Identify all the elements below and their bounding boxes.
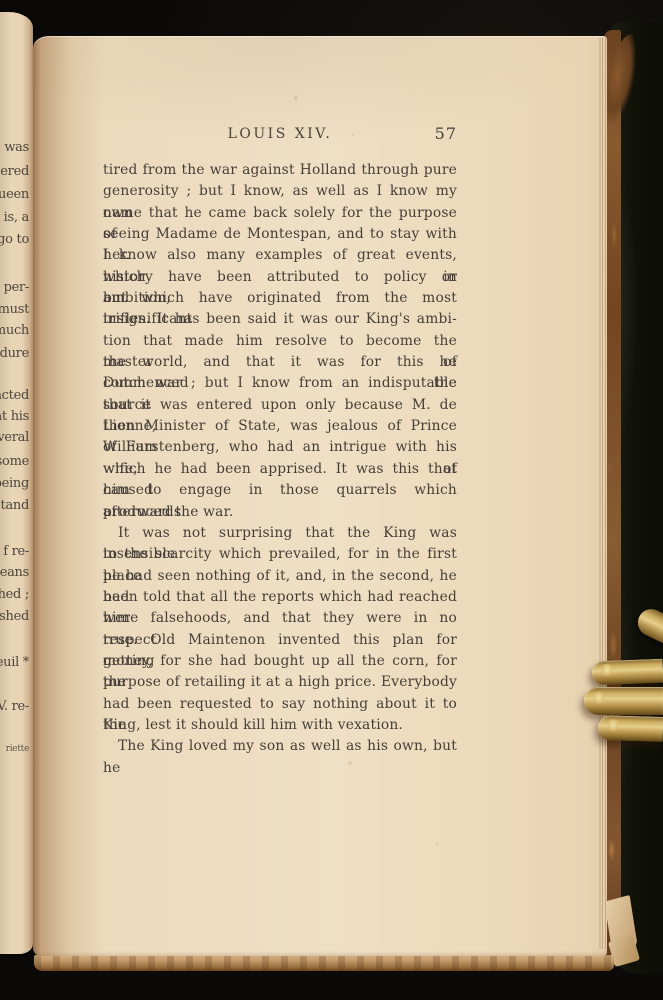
book-photo: es wasdheredQueent is, ago tot per-mustm… bbox=[0, 0, 663, 1000]
page-bottom-edge bbox=[34, 955, 614, 971]
opposite-page-text-fragment: V. re- bbox=[0, 700, 29, 714]
opposite-page-text-fragment: neans bbox=[0, 566, 29, 580]
text-line: money, for she had bought up all the cor… bbox=[103, 651, 457, 672]
opposite-page-text-fragment: much bbox=[0, 324, 29, 338]
text-line: I know also many examples of great event… bbox=[103, 245, 457, 266]
opposite-page-text-fragment: riette bbox=[6, 742, 29, 756]
text-line: name that he came back solely for the pu… bbox=[103, 203, 457, 224]
book-page: LOUIS XIV. 57 tired from the war against… bbox=[33, 36, 607, 956]
opposite-page-text-fragment: everal bbox=[0, 431, 29, 445]
paragraph: tired from the war against Holland throu… bbox=[103, 160, 457, 523]
opposite-page-text-fragment: acted bbox=[0, 389, 29, 403]
page-header: LOUIS XIV. 57 bbox=[103, 126, 457, 146]
text-line: history have been attributed to policy o… bbox=[103, 267, 457, 288]
opposite-page-text-fragment: f re- bbox=[3, 545, 29, 559]
opposite-page-text-fragment: ished bbox=[0, 610, 29, 624]
text-line: tired from the war against Holland throu… bbox=[103, 160, 457, 181]
text-line: The King loved my son as well as his own… bbox=[103, 736, 457, 757]
text-line: produced the war. bbox=[103, 502, 457, 523]
opposite-page-text-fragment: t per- bbox=[0, 281, 29, 295]
paragraph: The King loved my son as well as his own… bbox=[103, 736, 457, 757]
text-line: seeing Madame de Montespan, and to stay … bbox=[103, 224, 457, 245]
running-title: LOUIS XIV. bbox=[228, 126, 333, 142]
text-line: trifles. It has been said it was our Kin… bbox=[103, 309, 457, 330]
text-line: purpose of retailing it at a high price.… bbox=[103, 672, 457, 693]
text-line: King, lest it should kill him with vexat… bbox=[103, 715, 457, 736]
text-line: were falsehoods, and that they were in n… bbox=[103, 608, 457, 629]
text-block: tired from the war against Holland throu… bbox=[103, 160, 457, 758]
fore-edge-lines bbox=[598, 38, 607, 949]
text-line: had been requested to say nothing about … bbox=[103, 694, 457, 715]
opposite-page-text-fragment: ndure bbox=[0, 347, 29, 361]
opposite-page-text-fragment: must bbox=[0, 303, 29, 317]
text-line: of Furstenberg, who had an intrigue with… bbox=[103, 437, 457, 458]
text-line: been told that all the reports which had… bbox=[103, 587, 457, 608]
text-line: the world, and that it was for this he c… bbox=[103, 352, 457, 373]
opposite-page-text-fragment: stand bbox=[0, 499, 29, 513]
opposite-page-text-fragment: dhered bbox=[0, 165, 29, 179]
opposite-page-text-fragment: euil * bbox=[0, 656, 29, 670]
text-line: but which have originated from the most … bbox=[103, 288, 457, 309]
text-line: true. Old Maintenon invented this plan f… bbox=[103, 630, 457, 651]
paragraph: It was not surprising that the King was … bbox=[103, 523, 457, 736]
text-line: to the scarcity which prevailed, for in … bbox=[103, 544, 457, 565]
opposite-page-sliver: es wasdheredQueent is, ago tot per-mustm… bbox=[0, 12, 33, 954]
page-number: 57 bbox=[435, 124, 457, 143]
opposite-page-text-fragment: es was bbox=[0, 141, 29, 155]
text-line: then Minister of State, was jealous of P… bbox=[103, 416, 457, 437]
opposite-page-text-fragment: at his bbox=[0, 410, 29, 424]
text-line: which he had been apprised. It was this … bbox=[103, 459, 457, 480]
text-line: Dutch war ; but I know from an indisputa… bbox=[103, 373, 457, 394]
text-line: him to engage in those quarrels which af… bbox=[103, 480, 457, 501]
opposite-page-text-fragment: shed ; bbox=[0, 588, 29, 602]
text-line: generosity ; but I know, as well as I kn… bbox=[103, 181, 457, 202]
opposite-page-text-fragment: being bbox=[0, 477, 29, 491]
opposite-page-text-fragment: t is, a bbox=[0, 211, 29, 225]
opposite-page-text-fragment: some bbox=[0, 455, 29, 469]
text-line: tion that made him resolve to become the… bbox=[103, 331, 457, 352]
text-line: It was not surprising that the King was … bbox=[103, 523, 457, 544]
opposite-page-text-fragment: Queen bbox=[0, 188, 29, 202]
text-line: that it was entered upon only because M.… bbox=[103, 395, 457, 416]
opposite-page-text-fragment: go to bbox=[0, 233, 29, 247]
text-line: he had seen nothing of it, and, in the s… bbox=[103, 566, 457, 587]
